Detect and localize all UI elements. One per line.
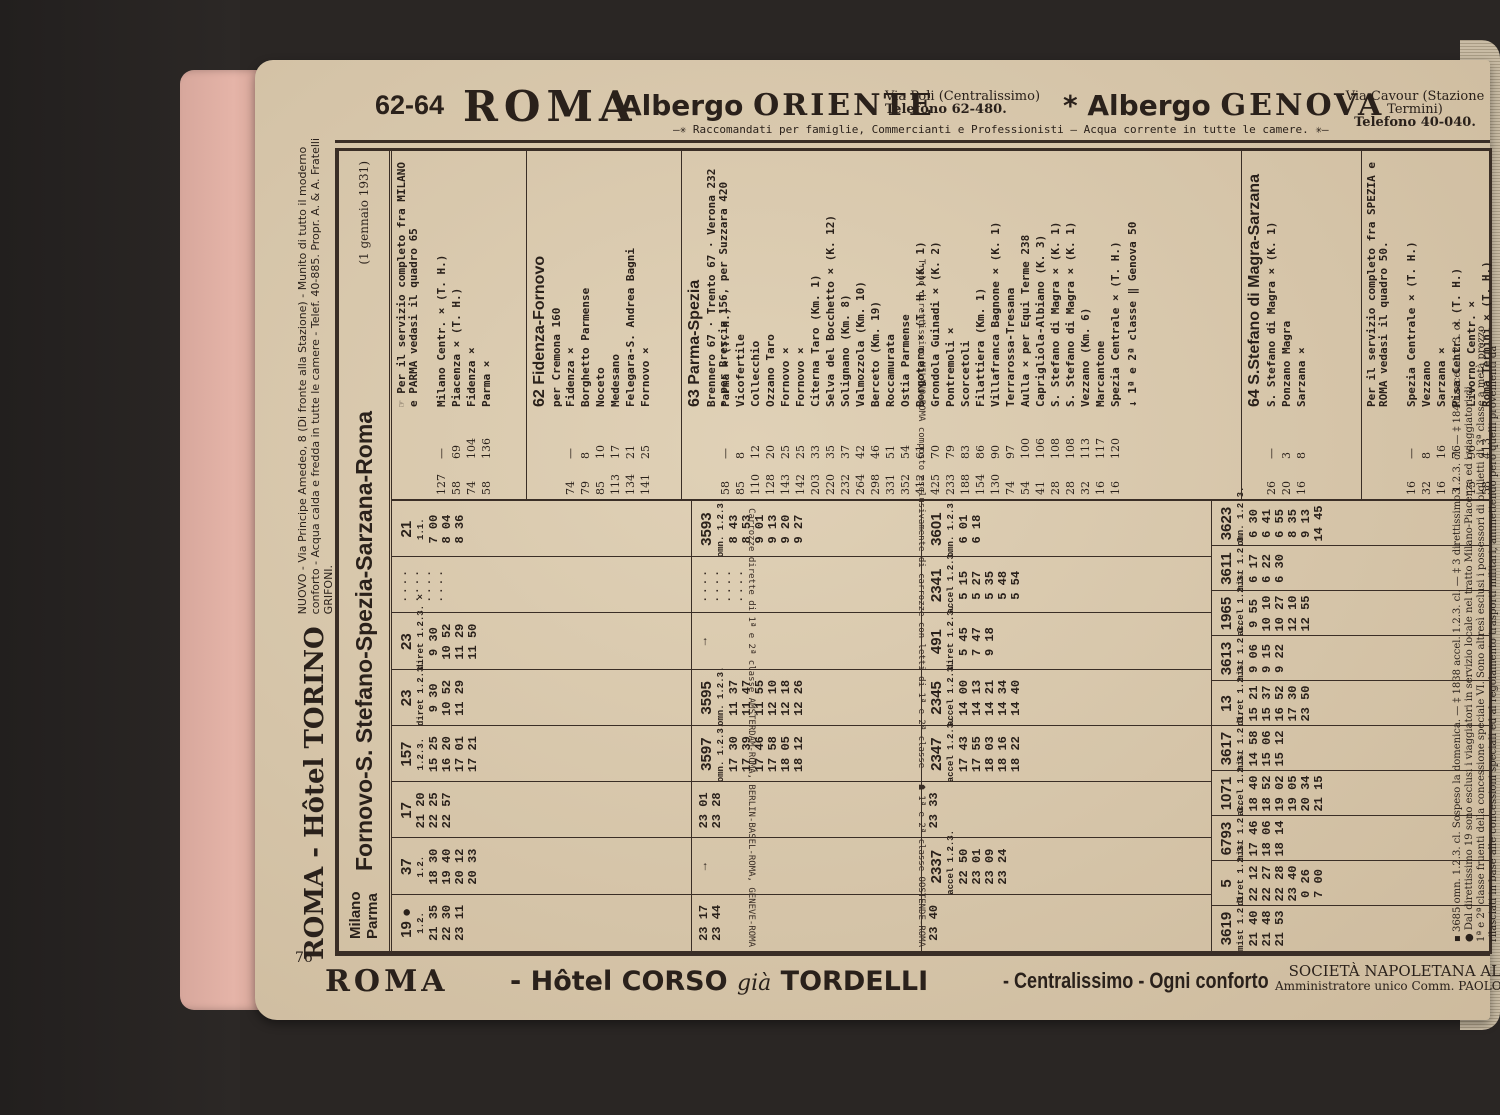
section-title: 63 Parma-Spezia	[686, 280, 704, 407]
train-number: 3613	[1218, 636, 1235, 681]
station-altitude: 28	[1050, 481, 1062, 495]
departure-time: 17 21	[467, 726, 480, 782]
station-distance: 20	[765, 445, 777, 459]
section-note: per Cremona 160	[551, 157, 563, 407]
train-number: 2347	[928, 726, 945, 782]
departure-time: ....	[710, 557, 722, 613]
station-altitude: 16	[1095, 481, 1107, 495]
departure-time: 23 50	[1300, 681, 1313, 726]
train-number: 3617	[1218, 726, 1235, 771]
station-distance: 8	[735, 452, 747, 459]
station-altitude: 74	[1005, 481, 1017, 495]
train-column: 2345accel 1.2.3.14 0014 1314 2114 3414 4…	[928, 670, 1023, 726]
column-divider	[922, 894, 1212, 895]
station-name: Ozzano Taro	[765, 334, 777, 407]
station-name: Noceto	[595, 367, 607, 407]
station-name: Collecchio	[750, 341, 762, 407]
column-divider	[692, 669, 922, 670]
train-number: 21	[398, 501, 415, 557]
train-number: 13	[1218, 681, 1235, 726]
footer-hotel: - Hôtel CORSO già TORDELLI	[510, 966, 928, 997]
station-altitude: 134	[625, 474, 637, 495]
train-times-grid: 19 ●1.2.21 3522 3023 11371.2.18 3019 402…	[391, 501, 1489, 951]
train-column: 3613mist 1.2.3.9 069 159 22	[1218, 636, 1287, 681]
column-divider	[1212, 680, 1490, 681]
station-name: Spezia Centrale × (T. H.)	[1110, 241, 1122, 407]
departure-time: 6 18	[971, 501, 984, 557]
station-distance: 136	[481, 438, 493, 459]
column-divider	[922, 613, 1212, 614]
station-distance: 54	[900, 445, 912, 459]
column-divider	[922, 556, 1212, 557]
station-name: Felegara-S. Andrea Bagni	[625, 248, 637, 407]
column-divider	[392, 725, 692, 726]
train-column: 1071accel 1.2.3.18 4018 5219 0219 0520 3…	[1218, 771, 1326, 816]
station-altitude: 58	[720, 481, 732, 495]
station-altitude: 142	[795, 474, 807, 495]
train-column: 491diret 1.2.3.5 457 479 18	[928, 614, 997, 670]
footer-features: - Centralissimo - Ogni conforto	[1003, 968, 1269, 994]
departure-time: 18 12	[793, 726, 806, 782]
train-number: 2337	[928, 839, 945, 895]
station-name: Solignano (Km. 8)	[840, 294, 852, 407]
hotel-oriente-address: Via Poli (Centralissimo)Telefono 62-480.	[885, 90, 1040, 116]
station-name: Fidenza ×	[565, 347, 577, 407]
station-distance: 120	[1110, 438, 1122, 459]
column-divider	[922, 725, 1212, 726]
station-name: Aulla × per Equi Terme 238	[1020, 235, 1032, 407]
station-altitude: 26	[1266, 481, 1278, 495]
train-number: 1965	[1218, 591, 1235, 636]
station-name: Ponzano Magra	[1281, 321, 1293, 407]
station-altitude: 16	[1296, 481, 1308, 495]
departure-time: 23 11	[454, 895, 467, 951]
station-name: Spezia Centrale × (T. H.)	[1406, 241, 1418, 407]
column-divider	[1212, 590, 1490, 591]
departure-time: ....	[422, 557, 434, 613]
station-distance: —	[720, 448, 732, 459]
station-distance: —	[1406, 448, 1418, 459]
train-column: 2347accel 1.2.3.17 4317 5518 0318 1618 2…	[928, 726, 1023, 782]
column-divider	[692, 613, 922, 614]
station-altitude: 32	[1421, 481, 1433, 495]
station-distance: 70	[930, 445, 942, 459]
train-number: 157	[398, 726, 415, 782]
column-divider	[1212, 545, 1490, 546]
station-distance: 8	[580, 452, 592, 459]
train-column: 3617mist 1.2.3.14 5815 0615 12	[1218, 726, 1287, 771]
train-column: →	[698, 839, 711, 895]
departure-time: 14 45	[1313, 501, 1326, 546]
departure-time: ....	[722, 557, 734, 613]
column-divider	[1212, 725, 1490, 726]
station-name: Sarzana ×	[1436, 347, 1448, 407]
station-distance: 25	[780, 445, 792, 459]
train-column: 19 ●1.2.21 3522 3023 11	[398, 895, 467, 951]
departure-time: 23 44	[711, 895, 724, 951]
train-number: 17	[398, 782, 415, 838]
train-column: 5diret 1.2.3.22 1222 2722 2823 400 267 0…	[1218, 861, 1326, 906]
station-altitude: 127	[436, 474, 448, 495]
train-column: 3611mist 1.2.3.6 176 226 30	[1218, 546, 1287, 591]
train-block: 3619mist 1.2.3.21 4021 4821 535diret 1.2…	[1211, 501, 1490, 951]
cross-reference-section: ☞ Per il servizio completo fra MILANO e …	[391, 149, 527, 499]
station-distance: 86	[975, 445, 987, 459]
station-name: Berceto (Km. 19)	[870, 301, 882, 407]
station-altitude: 32	[1080, 481, 1092, 495]
station-altitude: 232	[840, 474, 852, 495]
station-distance: 108	[1065, 438, 1077, 459]
departure-time: 20 33	[467, 839, 480, 895]
station-altitude: 264	[855, 474, 867, 495]
column-divider	[1212, 635, 1490, 636]
column-divider	[392, 556, 692, 557]
column-divider	[922, 781, 1212, 782]
station-name: Fornovo ×	[640, 347, 652, 407]
station-distance: —	[565, 448, 577, 459]
departure-time: ....	[410, 557, 422, 613]
train-column: 371.2.18 3019 4020 1220 33	[398, 839, 480, 895]
route-section: 63 Parma-SpeziaBrennero 67 · Trento 67 ·…	[681, 149, 1242, 499]
departure-time: 5 54	[1010, 557, 1023, 613]
departure-time: 9 27	[793, 501, 806, 557]
departure-time: 22 57	[441, 782, 454, 838]
station-altitude: 331	[885, 474, 897, 495]
train-number: 3593	[698, 501, 715, 557]
train-column: 3601omn. 1.2.3.6 016 18	[928, 501, 984, 557]
timetable-page: 62-64 ROMA Albergo ORIENTE Via Poli (Cen…	[255, 60, 1490, 1020]
train-column: 13diret 1.2.3.15 2115 3716 5217 3023 50	[1218, 681, 1313, 726]
station-name: Vicofertile	[735, 334, 747, 407]
station-distance: 10	[595, 445, 607, 459]
station-distance: 12	[750, 445, 762, 459]
station-altitude: 154	[975, 474, 987, 495]
station-altitude: 113	[610, 474, 622, 495]
train-column: 1571.2.3.15 2516 2017 0117 21	[398, 726, 480, 782]
station-name: Parma × (T. H.)	[720, 308, 732, 407]
station-distance: 69	[451, 445, 463, 459]
column-divider	[692, 894, 922, 895]
station-name: Filattiera (Km. 1)	[975, 288, 987, 407]
station-name: Scorcetoli	[960, 341, 972, 407]
station-name: Terrarossa-Tresana	[1005, 288, 1017, 407]
station-altitude: 28	[1065, 481, 1077, 495]
station-altitude: 412	[915, 474, 927, 495]
route-title: Fornovo-S. Stefano-Spezia-Sarzana-Roma	[351, 411, 378, 871]
station-distance: 8	[1421, 452, 1433, 459]
train-number: 3611	[1218, 546, 1235, 591]
station-name: Borgotaro × (T. H.)(K. 1)	[915, 241, 927, 407]
timetable-title: MilanoParma Fornovo-S. Stefano-Spezia-Sa…	[339, 151, 390, 951]
section-subnote: ↓ 1ª e 2ª classe ‖ Genova 50	[1127, 222, 1139, 407]
station-name: Medesano	[610, 354, 622, 407]
hotel-genova-address: Via Cavour (Stazione Termini)Telefono 40…	[1335, 90, 1495, 129]
through-carriage-note: Carrozze dirette di 1ª e 2ª classe AMSTE…	[746, 508, 756, 947]
route-section: 64 S.Stefano di Magra-Sarzana26—S. Stefa…	[1241, 149, 1362, 499]
station-distance: 61	[915, 445, 927, 459]
station-altitude: 85	[595, 481, 607, 495]
footer-advert: ROMA - Hôtel CORSO già TORDELLI - Centra…	[325, 960, 1495, 1010]
station-distance: 25	[795, 445, 807, 459]
station-distance: 113	[1080, 438, 1092, 459]
column-divider	[392, 894, 692, 895]
header-advert: 62-64 ROMA Albergo ORIENTE Via Poli (Cen…	[375, 82, 1495, 142]
sheet-range: 62-64	[375, 90, 444, 121]
station-altitude: 16	[1436, 481, 1448, 495]
station-altitude: 16	[1406, 481, 1418, 495]
train-block: 19 ●1.2.21 3522 3023 11371.2.18 3019 402…	[391, 501, 692, 951]
train-column: 211.1.7 008 048 36	[398, 501, 467, 557]
page-number: 76	[295, 950, 313, 966]
departure-time: 9 18	[984, 614, 997, 670]
departure-time: 8 36	[454, 501, 467, 557]
side-advert-banner: ROMA - Hôtel TORINO NUOVO - Via Principe…	[290, 100, 340, 960]
departure-time: 18 22	[1010, 726, 1023, 782]
train-number: 491	[928, 614, 945, 670]
footer-company: SOCIETÀ NAPOLETANA ALBERGHIAmministrator…	[1275, 964, 1500, 993]
station-altitude: 16	[1110, 481, 1122, 495]
station-altitude: 188	[960, 474, 972, 495]
departure-time: 23 33	[928, 782, 941, 838]
station-name: Caprigliola-Albiano (K. 3)	[1035, 235, 1047, 407]
train-column: 6793mist 1.2.3.17 4618 0618 14	[1218, 816, 1287, 861]
column-divider	[692, 556, 922, 557]
departure-time: 14 40	[1010, 670, 1023, 726]
departure-time: ....	[698, 557, 710, 613]
station-distance: 100	[1020, 438, 1032, 459]
column-divider	[692, 781, 922, 782]
divider	[335, 140, 1490, 143]
departure-time: 6 30	[1274, 546, 1287, 591]
station-name: Pontremoli ×	[945, 328, 957, 407]
side-banner-title: ROMA - Hôtel TORINO	[300, 626, 330, 960]
station-distance: 117	[1095, 438, 1107, 459]
column-divider	[922, 669, 1212, 670]
station-altitude: 141	[640, 474, 652, 495]
train-block: 23 1723 44→23 0123 283597omn. 1.2.3.17 3…	[691, 501, 922, 951]
station-distance: 37	[840, 445, 852, 459]
train-column: →	[698, 614, 711, 670]
column-divider	[1212, 905, 1490, 906]
station-name: Citerna Taro (Km. 1)	[810, 275, 822, 407]
station-distance: 104	[466, 438, 478, 459]
station-altitude: 79	[580, 481, 592, 495]
train-column: 1965accel 1.2.3.9 5510 1010 2712 1012 55	[1218, 591, 1313, 636]
station-altitude: 74	[466, 481, 478, 495]
section-title: 62 Fidenza-Fornovo	[531, 256, 549, 407]
train-block: 23 402337accel 1.2.3.22 5023 0123 0923 2…	[921, 501, 1212, 951]
station-name: Fornovo ×	[795, 347, 807, 407]
effective-date: (1 gennaio 1931)	[357, 161, 371, 265]
station-distance: 25	[640, 445, 652, 459]
train-number: 1071	[1218, 771, 1235, 816]
station-altitude: 110	[750, 474, 762, 495]
departure-time: 21 53	[1274, 906, 1287, 951]
train-number: 3619	[1218, 906, 1235, 951]
station-name: Fornovo ×	[780, 347, 792, 407]
departure-time: →	[698, 839, 711, 895]
train-number: 6793	[1218, 816, 1235, 861]
train-column: 2341accel 1.2.3.5 155 275 355 485 54	[928, 557, 1023, 613]
column-divider	[392, 781, 692, 782]
departure-time: 23 28	[711, 782, 724, 838]
train-column: 23 40	[928, 895, 941, 951]
station-altitude: 220	[825, 474, 837, 495]
station-name: Selva del Bocchetto × (K. 12)	[825, 215, 837, 407]
train-number: 23	[398, 670, 415, 726]
train-number: 3623	[1218, 501, 1235, 546]
station-distance: —	[1266, 448, 1278, 459]
station-altitude: 20	[1281, 481, 1293, 495]
station-distance: 90	[990, 445, 1002, 459]
station-altitude: 233	[945, 474, 957, 495]
train-column: ................	[698, 557, 746, 613]
header-tagline: —✳ Raccomandati per famiglie, Commercian…	[673, 123, 1329, 136]
station-name: Grondola Guinadi × (K. 2)	[930, 241, 942, 407]
train-column: ................	[398, 557, 446, 613]
station-altitude: 54	[1020, 481, 1032, 495]
departure-time: →	[698, 614, 711, 670]
station-distance: 16	[1436, 445, 1448, 459]
timetable-frame: MilanoParma Fornovo-S. Stefano-Spezia-Sa…	[335, 148, 1492, 954]
station-distance: 17	[610, 445, 622, 459]
train-number: 19 ●	[398, 895, 415, 951]
footer-city: ROMA	[325, 964, 449, 999]
station-distance: 97	[1005, 445, 1017, 459]
station-altitude: 130	[990, 474, 1002, 495]
train-number: 2345	[928, 670, 945, 726]
station-name: Borghetto Parmense	[580, 288, 592, 407]
station-altitude: 352	[900, 474, 912, 495]
section-note: Per il servizio completo fra SPEZIA e RO…	[1366, 157, 1390, 407]
column-divider	[922, 838, 1212, 839]
train-number: 23	[398, 614, 415, 670]
station-distance: 46	[870, 445, 882, 459]
station-name: Roccamurata	[885, 334, 897, 407]
station-distance: 83	[960, 445, 972, 459]
section-title: 64 S.Stefano di Magra-Sarzana	[1246, 174, 1264, 407]
station-distance: 3	[1281, 452, 1293, 459]
departure-time: 9 22	[1274, 636, 1287, 681]
station-name: Valmozzola (Km. 10)	[855, 281, 867, 407]
section-note: ☞ Per il servizio completo fra MILANO e …	[396, 157, 420, 407]
train-column: 23diret 1.2.3.9 3010 5211 29	[398, 670, 467, 726]
divider	[335, 953, 1490, 956]
station-altitude: 58	[451, 481, 463, 495]
train-number: 2341	[928, 557, 945, 613]
column-divider	[692, 838, 922, 839]
station-altitude: 128	[765, 474, 777, 495]
train-column: 23 0123 28	[698, 782, 724, 838]
departure-time: 11 29	[454, 670, 467, 726]
station-distance: —	[436, 448, 448, 459]
column-divider	[392, 669, 692, 670]
column-divider	[1212, 815, 1490, 816]
stations-list: ☞ Per il servizio completo fra MILANO e …	[391, 149, 1489, 501]
train-number: 37	[398, 839, 415, 895]
departure-time: 18 14	[1274, 816, 1287, 861]
station-name: S. Stefano di Magra × (K. 1)	[1050, 222, 1062, 407]
route-section: 62 Fidenza-Fornovoper Cremona 16074—Fide…	[526, 149, 682, 499]
train-number: 3595	[698, 670, 715, 726]
station-name: Marcantone	[1095, 341, 1107, 407]
station-distance: 33	[810, 445, 822, 459]
station-name: S. Stefano di Magra × (K. 1)	[1266, 222, 1278, 407]
station-name: Ostia Parmense	[900, 314, 912, 407]
station-distance: 108	[1050, 438, 1062, 459]
station-distance: 79	[945, 445, 957, 459]
departure-time: ....	[734, 557, 746, 613]
station-name: Villafranca Bagnone × (K. 1)	[990, 222, 1002, 407]
station-altitude: 74	[565, 481, 577, 495]
departure-time: ....	[398, 557, 410, 613]
station-distance: 8	[1296, 452, 1308, 459]
departure-time: 21 15	[1313, 771, 1326, 816]
station-name: Sarzana ×	[1296, 347, 1308, 407]
departure-time: 23 40	[928, 895, 941, 951]
station-altitude: 85	[735, 481, 747, 495]
column-divider	[692, 725, 922, 726]
station-name: Fidenza ×	[466, 347, 478, 407]
departure-time: 23 24	[997, 839, 1010, 895]
train-number: 3601	[928, 501, 945, 557]
train-number: 3597	[698, 726, 715, 782]
departure-time: 11 50	[467, 614, 480, 670]
column-divider	[1212, 860, 1490, 861]
train-column: 3623omn. 1.2.3.6 306 416 558 359 1314 45	[1218, 501, 1326, 546]
departure-time: 15 12	[1274, 726, 1287, 771]
station-name: Piacenza × (T. H.)	[451, 288, 463, 407]
departure-time: 12 55	[1300, 591, 1313, 636]
train-column: 1721 2022 2522 57	[398, 782, 454, 838]
station-altitude: 298	[870, 474, 882, 495]
departure-time: 12 26	[793, 670, 806, 726]
train-column: 23 33	[928, 782, 941, 838]
train-column: 3619mist 1.2.3.21 4021 4821 53	[1218, 906, 1287, 951]
station-distance: 106	[1035, 438, 1047, 459]
departure-time: 7 00	[1313, 861, 1326, 906]
train-column: 2337accel 1.2.3.22 5023 0123 0923 24	[928, 839, 1010, 895]
column-divider	[1212, 770, 1490, 771]
station-name: Milano Centr. × (T. H.)	[436, 255, 448, 407]
column-divider	[392, 613, 692, 614]
header-city: ROMA	[463, 82, 638, 131]
train-column: 23diret 1.2.3. ×9 3010 5211 2911 50	[398, 614, 480, 670]
column-divider	[392, 838, 692, 839]
station-name: Vezzano	[1421, 361, 1433, 407]
station-altitude: 41	[1035, 481, 1047, 495]
train-column: 23 1723 44	[698, 895, 724, 951]
station-distance: 51	[885, 445, 897, 459]
station-altitude: 143	[780, 474, 792, 495]
station-distance: 42	[855, 445, 867, 459]
station-altitude: 425	[930, 474, 942, 495]
station-name: S. Stefano di Magra × (K. 1)	[1065, 222, 1077, 407]
departure-time: ....	[434, 557, 446, 613]
train-number: 5	[1218, 861, 1235, 906]
footnotes: ▪ 3685 omn. 1.2.3. cl. Sospeso la domeni…	[1450, 148, 1500, 948]
station-altitude: 58	[481, 481, 493, 495]
station-name: Parma ×	[481, 361, 493, 407]
station-distance: 35	[825, 445, 837, 459]
station-distance: 21	[625, 445, 637, 459]
station-name: Vezzano (Km. 6)	[1080, 308, 1092, 407]
station-altitude: 203	[810, 474, 822, 495]
